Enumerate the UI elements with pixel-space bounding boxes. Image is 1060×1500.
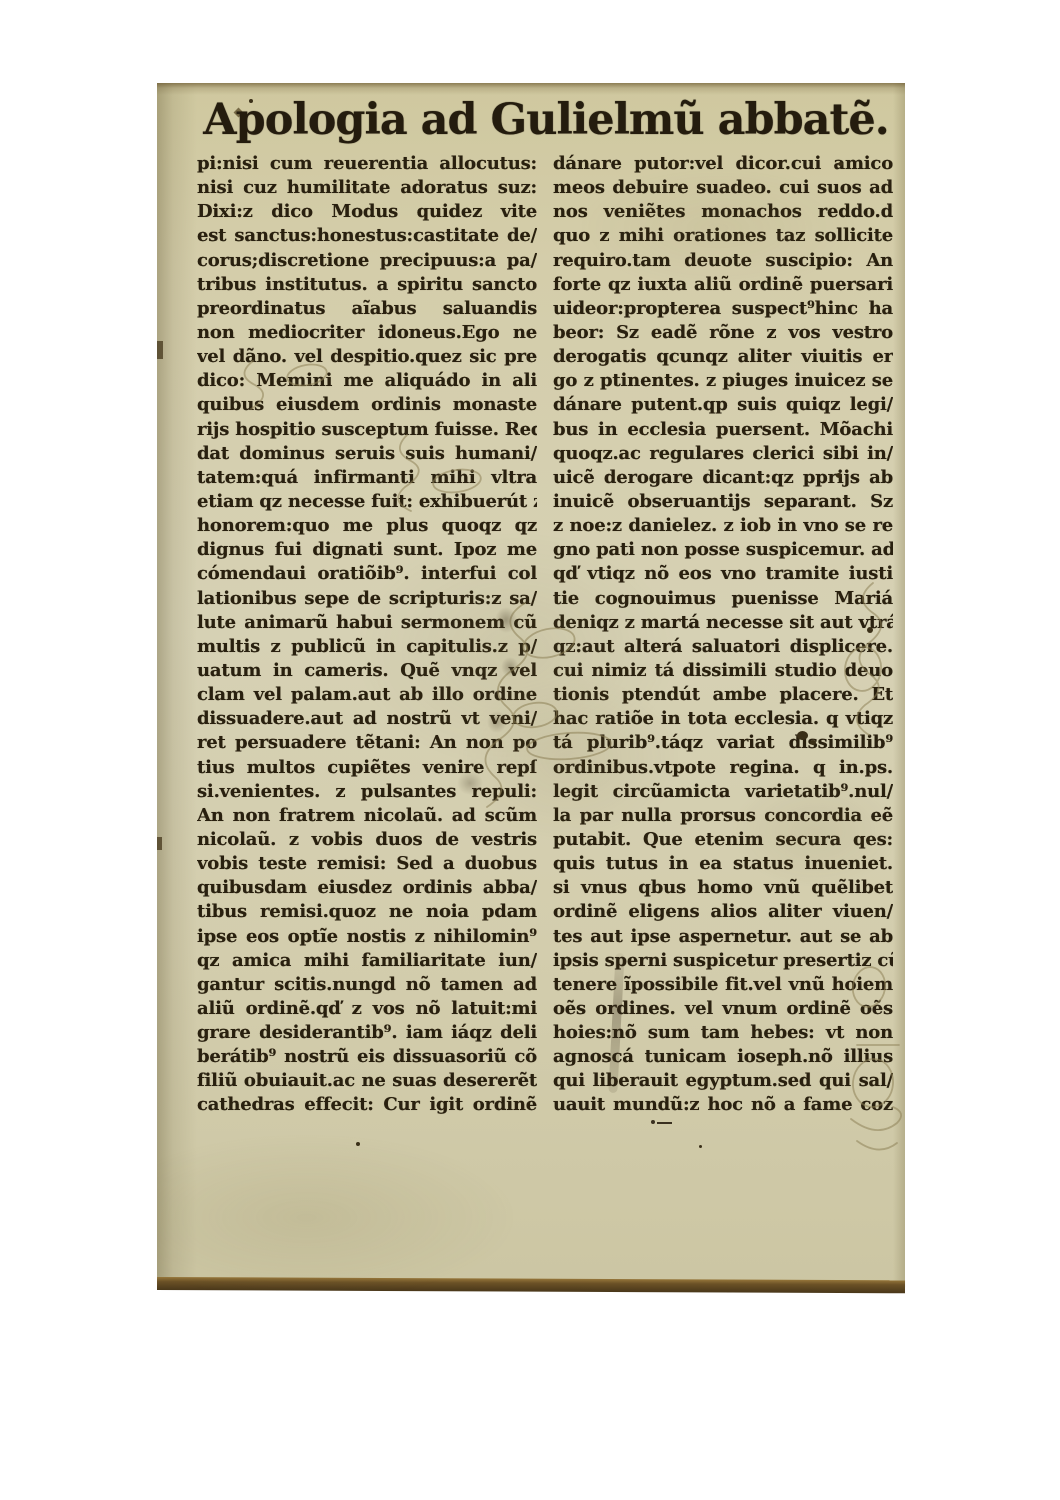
text-line: tionis ptendút ambe placere. Et — [553, 683, 893, 707]
text-line: beor: Sz eadẽ rõne z vos vestro — [553, 321, 893, 345]
text-line: qz amica mihi familiaritate iun/ — [197, 949, 537, 973]
text-line: cathedras effecit: Cur igit ordinẽ — [197, 1093, 537, 1117]
text-line: non mediocriter idoneus.Ego ne — [197, 321, 537, 345]
text-line: ordinibus.vtpote regina. q in.ps. — [553, 756, 893, 780]
text-line: filiũ obuiauit.ac ne suas desererẽt — [197, 1069, 537, 1093]
text-line: hoies:nõ sum tam hebes: vt non — [553, 1021, 893, 1045]
book-bottom-edge — [157, 1277, 905, 1293]
text-line: ipse eos optĩe nostis z nihilomin⁹ — [197, 925, 537, 949]
text-line: deniqz z martá necesse sit aut vtrá — [553, 611, 893, 635]
text-line: forte qz iuxta aliũ ordinẽ puersari — [553, 273, 893, 297]
text-line: aliũ ordinẽ.qď z vos nõ latuit:mi — [197, 997, 537, 1021]
text-line: uicẽ derogare dicant:qz pprijs ab — [553, 466, 893, 490]
text-line: nicolaũ. z vobis duos de vestris — [197, 828, 537, 852]
text-line: nos veniẽtes monachos reddo.ď — [553, 200, 893, 224]
text-line: corus;discretione precipuus:a pa/ — [197, 249, 537, 273]
text-line: pi:nisi cum reuerentia allocutus: — [197, 152, 537, 176]
text-line: legit circũamicta varietatib⁹.nul/ — [553, 780, 893, 804]
text-line: An non fratrem nicolaũ. ad scũm — [197, 804, 537, 828]
page-edge-mark — [157, 341, 163, 359]
text-line: clam vel palam.aut ab illo ordine — [197, 683, 537, 707]
text-line: gantur scitis.nungd nõ tamen ad — [197, 973, 537, 997]
page-edge-mark — [157, 837, 162, 850]
text-line: derogatis qcunqz aliter viuitis er — [553, 345, 893, 369]
text-line: honorem:quo me plus quoqz qz — [197, 514, 537, 538]
book-page: Apologia ad Gulielmũ abbatẽ. pi:nisi cum… — [157, 83, 905, 1290]
text-line: etiam qz necesse fuit: exhibuerút z — [197, 490, 537, 514]
text-line: oẽs ordines. vel vnum ordinẽ oẽs — [553, 997, 893, 1021]
text-line: si.venientes. z pulsantes repuli: — [197, 780, 537, 804]
ink-speck — [356, 1142, 360, 1146]
text-line: si vnus qbus homo vnũ quẽlibet — [553, 876, 893, 900]
text-line: nisi cuz humilitate adoratus suz: — [197, 176, 537, 200]
text-line: berátib⁹ nostrũ eis dissuasoriũ cõ — [197, 1045, 537, 1069]
text-line: quoqz.ac regulares clerici sibi in/ — [553, 442, 893, 466]
text-line: cómendaui oratiõib⁹. interfui col — [197, 562, 537, 586]
text-line: quo z mihi orationes taz sollicite — [553, 224, 893, 248]
text-line: requiro.tam deuote suscipio: An — [553, 249, 893, 273]
text-line: quibus eiusdem ordinis monaste — [197, 393, 537, 417]
text-line: z noe:z danielez. z iob in vno se re — [553, 514, 893, 538]
text-line: qui liberauit egyptum.sed qui sal/ — [553, 1069, 893, 1093]
text-line: quis tutus in ea status inueniet. — [553, 852, 893, 876]
text-line: rijs hospitio susceptum fuisse. Red — [197, 418, 537, 442]
text-line: tá plurib⁹.táqz variat dissimilib⁹ — [553, 731, 893, 755]
text-line: vobis teste remisi: Sed a duobus — [197, 852, 537, 876]
ink-speck — [699, 1145, 702, 1148]
page-header: Apologia ad Gulielmũ abbatẽ. — [193, 91, 899, 149]
text-line: tes aut ipse aspernetur. aut se ab — [553, 925, 893, 949]
scan-background: Apologia ad Gulielmũ abbatẽ. pi:nisi cum… — [0, 0, 1060, 1500]
text-line: grare desiderantib⁹. iam iáqz deli — [197, 1021, 537, 1045]
text-line: tie cognouimus puenisse Mariá — [553, 587, 893, 611]
text-line: tius multos cupiẽtes venire repſ — [197, 756, 537, 780]
text-line: vel dãno. vel despitio.quez sic pre — [197, 345, 537, 369]
text-line: tatem:quá infirmanti mihi vltra — [197, 466, 537, 490]
text-line: ordinẽ eligens alios aliter viuen/ — [553, 900, 893, 924]
text-line: dat dominus seruis suis humani/ — [197, 442, 537, 466]
text-line: preordinatus aĩabus saluandis — [197, 297, 537, 321]
text-line: tibus remisi.quoz ne noia pdam — [197, 900, 537, 924]
text-line: hac ratiõe in tota ecclesia. q vtiqz — [553, 707, 893, 731]
text-line: dánare putent.qp suis quiqz legi/ — [553, 393, 893, 417]
text-line: lationibus sepe de scripturis:z sa/ — [197, 587, 537, 611]
text-line: tenere ĩpossibile fit.vel vnũ hoiem — [553, 973, 893, 997]
text-column-right: dánare putor:vel dicor.cui amicomeos deb… — [553, 152, 893, 1119]
text-line: inuicẽ obseruantijs separant. Sz — [553, 490, 893, 514]
text-line: uideor:propterea suspect⁹hinc ha — [553, 297, 893, 321]
text-line: putabit. Que etenim secura qes: — [553, 828, 893, 852]
catchword-dot — [651, 1120, 655, 1124]
text-line: agnoscá tunicam ioseph.nõ illius — [553, 1045, 893, 1069]
text-line: ipsis sperni suspicetur presertiz cũ — [553, 949, 893, 973]
text-line: quibusdam eiusdez ordinis abba/ — [197, 876, 537, 900]
page-title: Apologia ad Gulielmũ abbatẽ. — [203, 95, 888, 145]
text-line: tribus institutus. a spiritu sancto — [197, 273, 537, 297]
text-line: ret persuadere tẽtani: An non po — [197, 731, 537, 755]
catchword-dash — [657, 1122, 672, 1124]
text-column-left: pi:nisi cum reuerentia allocutus:nisi cu… — [197, 152, 537, 1119]
text-line: bus in ecclesia puersent. Mõachi — [553, 418, 893, 442]
text-line: uatum in cameris. Quẽ vnqz vel — [197, 659, 537, 683]
text-line: qz:aut alterá saluatori displicere. — [553, 635, 893, 659]
text-line: est sanctus:honestus:castitate de/ — [197, 224, 537, 248]
text-line: go z ptinentes. z piuges inuicez se — [553, 369, 893, 393]
catchword-mark — [651, 1119, 673, 1126]
text-line: dico: Memini me aliquádo in ali — [197, 369, 537, 393]
text-line: Dixi:z dico Modus quidez vite — [197, 200, 537, 224]
text-line: uauit mundũ:z hoc nõ a fame coz — [553, 1093, 893, 1117]
text-line: la par nulla prorsus concordia eẽ — [553, 804, 893, 828]
text-line: cui nimiz tá dissimili studio deuo — [553, 659, 893, 683]
text-line: qď vtiqz nõ eos vno tramite iusti — [553, 562, 893, 586]
text-line: gno pati non posse suspicemur. ad — [553, 538, 893, 562]
text-line: dissuadere.aut ad nostrũ vt veni/ — [197, 707, 537, 731]
text-line: meos debuire suadeo. cui suos ad — [553, 176, 893, 200]
text-line: dignus fui dignati sunt. Ipoz me — [197, 538, 537, 562]
text-line: dánare putor:vel dicor.cui amico — [553, 152, 893, 176]
text-line: multis z publicũ in capitulis.z p/ — [197, 635, 537, 659]
text-line: lute animarũ habui sermonem cũ — [197, 611, 537, 635]
